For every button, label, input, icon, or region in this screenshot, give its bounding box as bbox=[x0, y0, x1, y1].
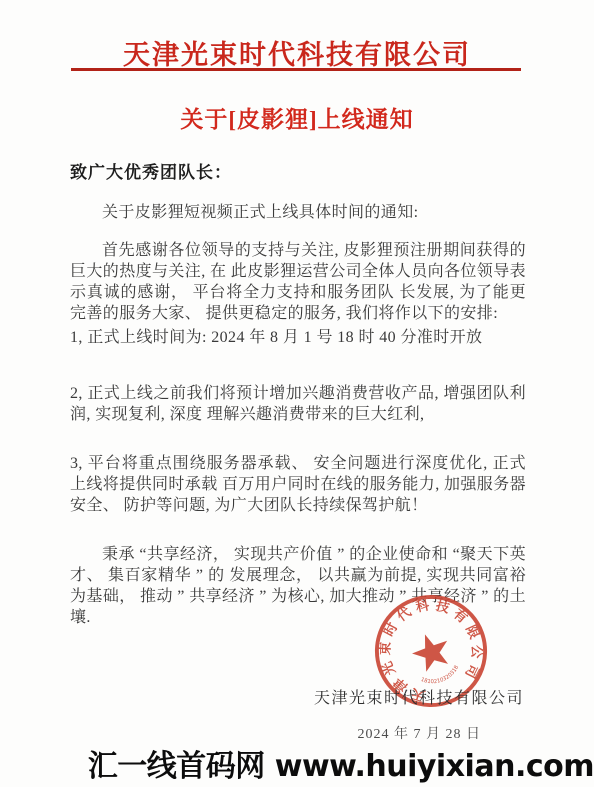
paragraph-item-1-launch-time: 1, 正式上线时间为: 2024 年 8 月 1 号 18 时 40 分准时开放 bbox=[70, 327, 526, 348]
notice-document-page: 天津光束时代科技有限公司 关于[皮影狸]上线通知 致广大优秀团队长： 关于皮影狸… bbox=[0, 0, 594, 787]
paragraph-item-2-products: 2, 正式上线之前我们将预计增加兴趣消费营收产品, 增强团队利润, 实现复利, … bbox=[70, 383, 526, 425]
signature-company-name: 天津光束时代科技有限公司 bbox=[314, 685, 524, 708]
watermark-site-url: www.huiyixian.com bbox=[275, 749, 594, 784]
watermark-site-name: 汇一线首码网 bbox=[88, 749, 265, 784]
watermark-bar: 汇一线首码网www.huiyixian.com bbox=[0, 747, 594, 787]
paragraph-item-3-servers: 3, 平台将重点围绕服务器承载、 安全问题进行深度优化, 正式上线将提供同时承载… bbox=[70, 453, 526, 516]
document-date: 2024 年 7 月 28 日 bbox=[358, 723, 482, 743]
salutation: 致广大优秀团队长： bbox=[70, 158, 232, 183]
company-letterhead-title: 天津光束时代科技有限公司 bbox=[0, 33, 594, 72]
document-subject-title: 关于[皮影狸]上线通知 bbox=[0, 101, 594, 134]
seal-star-icon bbox=[407, 628, 454, 674]
paragraph-notice-intro: 关于皮影狸短视频正式上线具体时间的通知: bbox=[70, 202, 526, 223]
paragraph-thanks: 首先感谢各位领导的支持与关注, 皮影狸预注册期间获得的巨大的热度与关注, 在 此… bbox=[70, 240, 526, 324]
letterhead-divider bbox=[71, 68, 521, 71]
